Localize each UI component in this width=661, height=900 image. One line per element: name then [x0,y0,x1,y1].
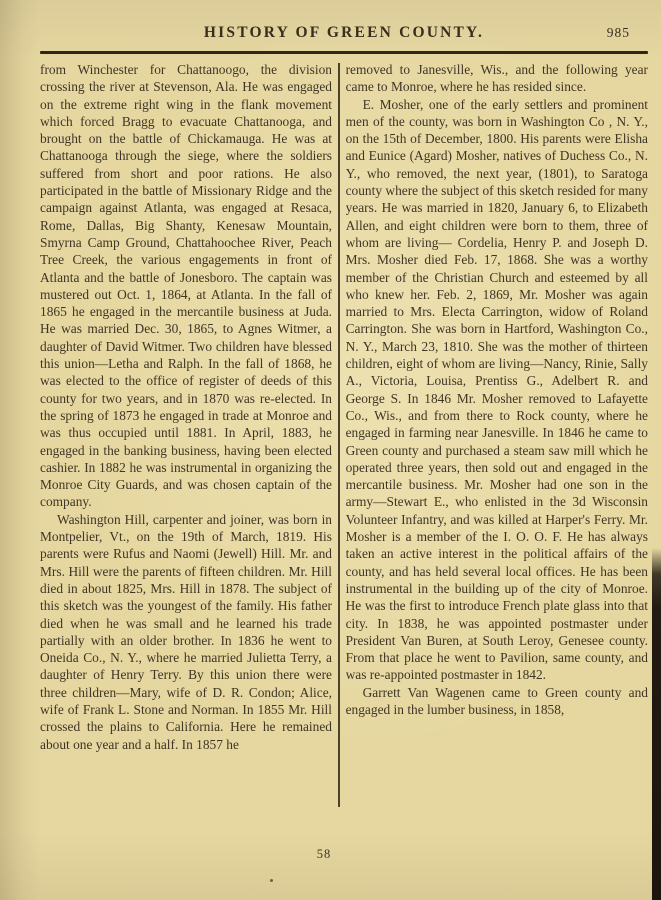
signature-mark: 58 [0,847,648,862]
right-column: removed to Janesville, Wis., and the fol… [346,61,648,853]
paragraph: E. Mosher, one of the early settlers and… [346,96,648,684]
page-number: 985 [607,25,630,41]
paragraph: Washington Hill, carpenter and joiner, w… [40,511,332,753]
page-header: HISTORY OF GREEN COUNTY. 985 [40,24,648,48]
text-columns: from Winchester for Chattanoogo, the div… [40,61,648,853]
paragraph: Garrett Van Wagenen came to Green county… [346,684,648,719]
ink-speck [270,879,273,882]
page-edge-shadow [652,548,661,900]
column-divider [338,63,340,807]
left-column: from Winchester for Chattanoogo, the div… [40,61,332,853]
scanned-book-page: { "page": { "header": { "title": "HISTOR… [0,0,661,900]
page-title: HISTORY OF GREEN COUNTY. [40,24,648,42]
paragraph: removed to Janesville, Wis., and the fol… [346,61,648,96]
book-binding-edge [0,0,18,900]
paragraph: from Winchester for Chattanoogo, the div… [40,61,332,511]
header-rule [40,51,648,54]
